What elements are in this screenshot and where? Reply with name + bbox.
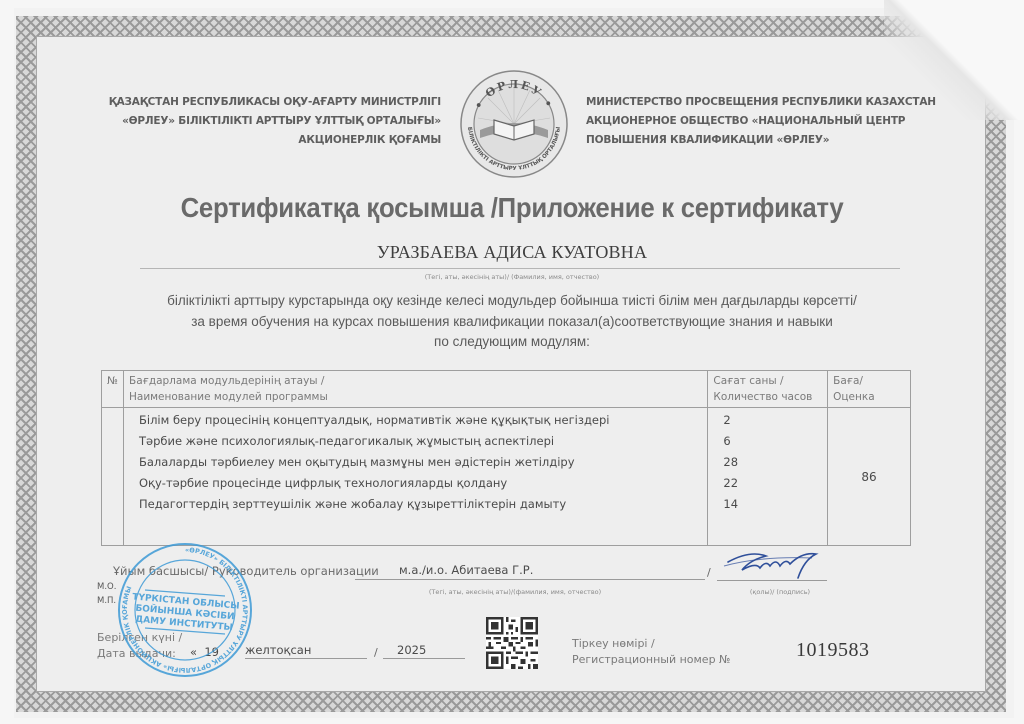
header-grade-ru: Оценка bbox=[833, 389, 905, 405]
separator-slash: / bbox=[707, 566, 711, 579]
module-hours: 2 bbox=[708, 410, 827, 431]
header-grade-kz: Баға/ bbox=[833, 373, 905, 389]
grade-cell: 86 bbox=[828, 408, 911, 546]
registration-number: 1019583 bbox=[796, 639, 870, 662]
header-hours-ru: Количество часов bbox=[713, 389, 822, 405]
seal-place-label: М.О. М.П. bbox=[97, 580, 116, 608]
header-kz-line-3: АКЦИОНЕРЛІК ҚОҒАМЫ bbox=[96, 131, 441, 150]
seal-label-ru: М.П. bbox=[97, 594, 116, 608]
table-header-row: № Бағдарлама модульдерінің атауы / Наиме… bbox=[102, 371, 911, 408]
qr-code-icon bbox=[486, 617, 538, 669]
number-cell bbox=[102, 408, 124, 546]
module-name: Педагогтердің зерттеушілік және жобалау … bbox=[139, 494, 707, 515]
document-title: Сертификатқа қосымша /Приложение к серти… bbox=[41, 192, 983, 224]
header-russian: МИНИСТЕРСТВО ПРОСВЕЩЕНИЯ РЕСПУБЛИКИ КАЗА… bbox=[586, 93, 946, 150]
modules-table: № Бағдарлама модульдерінің атауы / Наиме… bbox=[101, 370, 911, 546]
registration-label: Тіркеу нөмірі / Регистрационный номер № bbox=[572, 636, 731, 668]
module-hours: 22 bbox=[708, 473, 827, 494]
module-name: Балаларды тәрбиелеу мен оқытудың мазмұны… bbox=[139, 452, 707, 473]
header-module-name-kz: Бағдарлама модульдерінің атауы / bbox=[129, 373, 702, 389]
orleu-logo-icon: • ӨРЛЕУ • БІЛІКТІЛІКТІ АРТТЫРУ ҰЛТТЫҚ ОР… bbox=[458, 68, 570, 180]
module-hours: 6 bbox=[708, 431, 827, 452]
director-name: м.а./и.о. Абитаева Г.Р. bbox=[355, 563, 705, 580]
module-names-cell: Білім беру процесінің концептуалдық, нор… bbox=[123, 408, 707, 546]
intro-line-kz: біліктілікті арттыру курстарында оқу кез… bbox=[0, 291, 1024, 312]
header-module-name: Бағдарлама модульдерінің атауы / Наимено… bbox=[123, 371, 707, 408]
header-hours-kz: Сағат саны / bbox=[713, 373, 822, 389]
header-module-name-ru: Наименование модулей программы bbox=[129, 389, 702, 405]
module-name: Тәрбие және психологиялық-педагогикалық … bbox=[139, 431, 707, 452]
header-ru-line-2: АКЦИОНЕРНОЕ ОБЩЕСТВО «НАЦИОНАЛЬНЫЙ ЦЕНТР bbox=[586, 112, 946, 131]
handwritten-signature-icon bbox=[720, 548, 820, 584]
issue-month: желтоқсан bbox=[245, 643, 367, 659]
header-grade: Баға/ Оценка bbox=[828, 371, 911, 408]
header-ru-line-3: ПОВЫШЕНИЯ КВАЛИФИКАЦИИ «ӨРЛЕУ» bbox=[586, 131, 946, 150]
signature-caption: (қолы)/ (подпись) bbox=[740, 588, 820, 596]
name-underline bbox=[140, 268, 900, 269]
header-kz-line-2: «ӨРЛЕУ» БІЛІКТІЛІКТІ АРТТЫРУ ҰЛТТЫҚ ОРТА… bbox=[96, 112, 441, 131]
header-ru-line-1: МИНИСТЕРСТВО ПРОСВЕЩЕНИЯ РЕСПУБЛИКИ КАЗА… bbox=[586, 93, 946, 112]
header-kazakh: ҚАЗАҚСТАН РЕСПУБЛИКАСЫ ОҚУ-АҒАРТУ МИНИСТ… bbox=[96, 93, 441, 150]
intro-text: біліктілікті арттыру курстарында оқу кез… bbox=[0, 291, 1024, 353]
module-name: Білім беру процесінің концептуалдық, нор… bbox=[139, 410, 707, 431]
recipient-name: УРАЗБАЕВА АДИСА КУАТОВНА bbox=[0, 242, 1024, 263]
header-number: № bbox=[102, 371, 124, 408]
registration-label-ru: Регистрационный номер № bbox=[572, 652, 731, 668]
module-name: Оқу-тәрбие процесінде цифрлық технология… bbox=[139, 473, 707, 494]
header-kz-line-1: ҚАЗАҚСТАН РЕСПУБЛИКАСЫ ОҚУ-АҒАРТУ МИНИСТ… bbox=[96, 93, 441, 112]
issue-year: 2025 bbox=[383, 643, 465, 659]
seal-label-kz: М.О. bbox=[97, 580, 116, 594]
official-stamp-icon: «ӨРЛЕУ» БІЛІКТІЛІКТІ АРТТЫРУ ҰЛТТЫҚ ОРТА… bbox=[115, 540, 255, 680]
header-hours: Сағат саны / Количество часов bbox=[708, 371, 828, 408]
separator-slash: / bbox=[374, 646, 378, 659]
intro-line-ru: за время обучения на курсах повышения кв… bbox=[0, 312, 1024, 333]
table-row: Білім беру процесінің концептуалдық, нор… bbox=[102, 408, 911, 546]
module-hours-cell: 2 6 28 22 14 bbox=[708, 408, 828, 546]
module-hours: 28 bbox=[708, 452, 827, 473]
director-caption: (Тегі, аты, әкесінің аты)/(фамилия, имя,… bbox=[400, 588, 630, 596]
registration-label-kz: Тіркеу нөмірі / bbox=[572, 636, 731, 652]
module-hours: 14 bbox=[708, 494, 827, 515]
intro-line-modules: по следующим модулям: bbox=[0, 332, 1024, 353]
name-caption: (Тегі, аты, әкесінің аты)/ (Фамилия, имя… bbox=[0, 273, 1024, 281]
